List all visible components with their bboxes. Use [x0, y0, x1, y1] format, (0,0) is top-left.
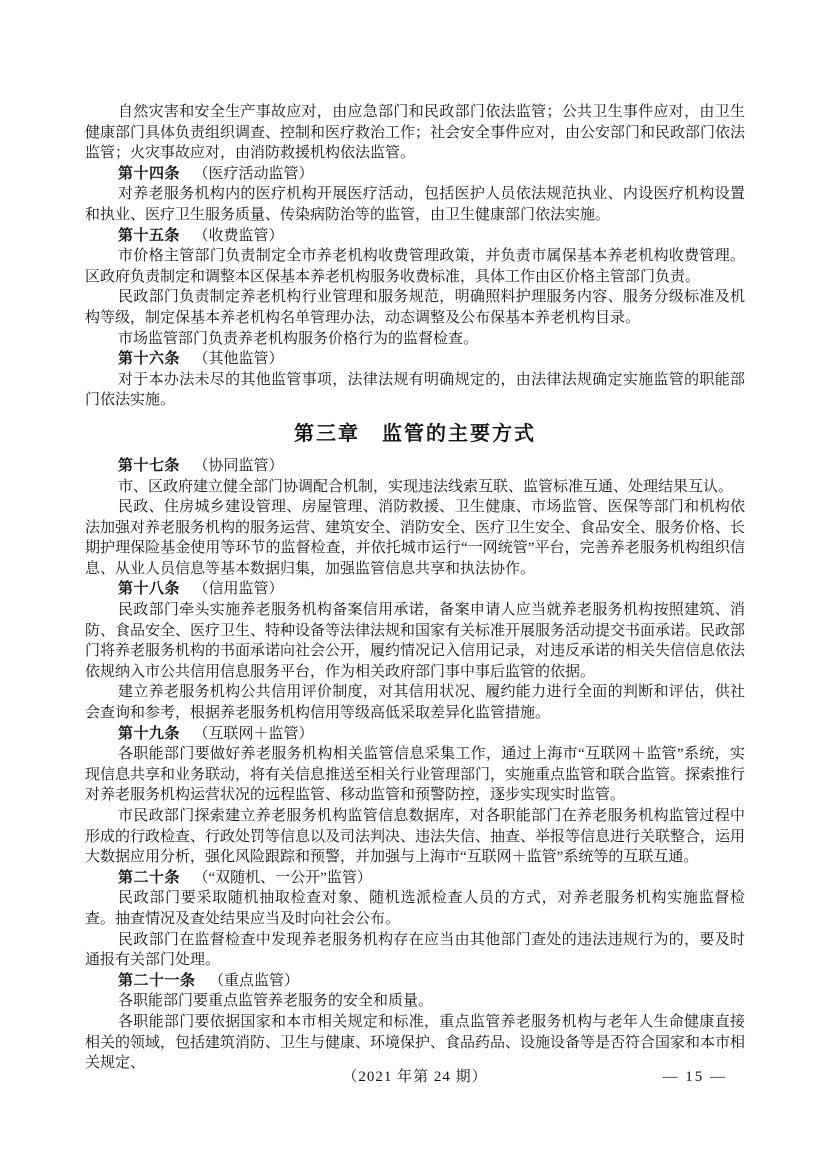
page-footer: （2021 年第 24 期） — 15 —	[85, 1066, 745, 1088]
article-heading: 第十五条（收费监管）	[85, 226, 745, 247]
article-heading: 第十九条（互联网＋监管）	[85, 724, 745, 745]
paragraph: 民政部门要采取随机抽取检查对象、随机选派检查人员的方式，对养老服务机构实施监督检…	[85, 888, 745, 929]
article-number: 第十八条	[118, 580, 180, 597]
article-title: （协同监管）	[194, 458, 284, 474]
article-title: （其他监管）	[194, 351, 284, 367]
document-page: 自然灾害和安全生产事故应对，由应急部门和民政部门依法监管；公共卫生事件应对，由卫…	[0, 0, 827, 1170]
article-title: （医疗活动监管）	[194, 166, 314, 182]
article-heading: 第十七条（协同监管）	[85, 456, 745, 477]
paragraph: 对于本办法未尽的其他监管事项，法律法规有明确规定的，由法律法规确定实施监管的职能…	[85, 370, 745, 411]
article-title: （互联网＋监管）	[194, 726, 314, 742]
article-number: 第十九条	[118, 725, 180, 742]
paragraph: 民政、住房城乡建设管理、房屋管理、消防救援、卫生健康、市场监管、医保等部门和机构…	[85, 497, 745, 579]
paragraph: 各职能部门要做好养老服务机构相关监管信息采集工作，通过上海市“互联网＋监管”系统…	[85, 744, 745, 806]
paragraph: 各职能部门要依据国家和本市相关规定和标准，重点监管养老服务机构与老年人生命健康直…	[85, 1012, 745, 1074]
article-title: （收费监管）	[194, 228, 284, 244]
article-title: （“双随机、一公开”监管）	[194, 870, 372, 886]
paragraph: 市价格主管部门负责制定全市养老机构收费管理政策，并负责市属保基本养老机构收费管理…	[85, 246, 745, 287]
article-number: 第十六条	[118, 350, 180, 367]
paragraph: 各职能部门要重点监管养老服务的安全和质量。	[85, 991, 745, 1012]
paragraph: 市场监管部门负责养老机构服务价格行为的监督检查。	[85, 329, 745, 350]
paragraph: 市民政部门探索建立养老服务机构监管信息数据库，对各职能部门在养老服务机构监管过程…	[85, 806, 745, 868]
article-number: 第十四条	[118, 165, 180, 182]
issue-label: （2021 年第 24 期）	[85, 1066, 745, 1088]
article-title: （信用监管）	[194, 581, 284, 597]
article-number: 第十五条	[118, 227, 180, 244]
article-title: （重点监管）	[209, 973, 299, 989]
paragraph: 民政部门负责制定养老机构行业管理和服务规范，明确照料护理服务内容、服务分级标准及…	[85, 287, 745, 328]
paragraph: 民政部门在监督检查中发现养老服务机构存在应当由其他部门查处的违法违规行为的，要及…	[85, 930, 745, 971]
document-body: 自然灾害和安全生产事故应对，由应急部门和民政部门依法监管；公共卫生事件应对，由卫…	[85, 102, 745, 1074]
article-number: 第二十条	[118, 869, 180, 886]
article-heading: 第十六条（其他监管）	[85, 349, 745, 370]
paragraph: 建立养老服务机构公共信用评价制度，对其信用状况、履约能力进行全面的判断和评估，供…	[85, 682, 745, 723]
paragraph: 民政部门牵头实施养老服务机构备案信用承诺，备案申请人应当就养老服务机构按照建筑、…	[85, 600, 745, 682]
paragraph: 自然灾害和安全生产事故应对，由应急部门和民政部门依法监管；公共卫生事件应对，由卫…	[85, 102, 745, 164]
chapter-heading: 第三章 监管的主要方式	[85, 422, 745, 446]
article-number: 第十七条	[118, 457, 180, 474]
article-number: 第二十一条	[118, 972, 196, 989]
page-number: — 15 —	[663, 1066, 728, 1088]
article-heading: 第十四条（医疗活动监管）	[85, 164, 745, 185]
article-heading: 第二十条（“双随机、一公开”监管）	[85, 868, 745, 889]
paragraph: 对养老服务机构内的医疗机构开展医疗活动，包括医护人员依法规范执业、内设医疗机构设…	[85, 184, 745, 225]
paragraph: 市、区政府建立健全部门协调配合机制，实现违法线索互联、监管标准互通、处理结果互认…	[85, 477, 745, 498]
article-heading: 第十八条（信用监管）	[85, 579, 745, 600]
article-heading: 第二十一条（重点监管）	[85, 971, 745, 992]
